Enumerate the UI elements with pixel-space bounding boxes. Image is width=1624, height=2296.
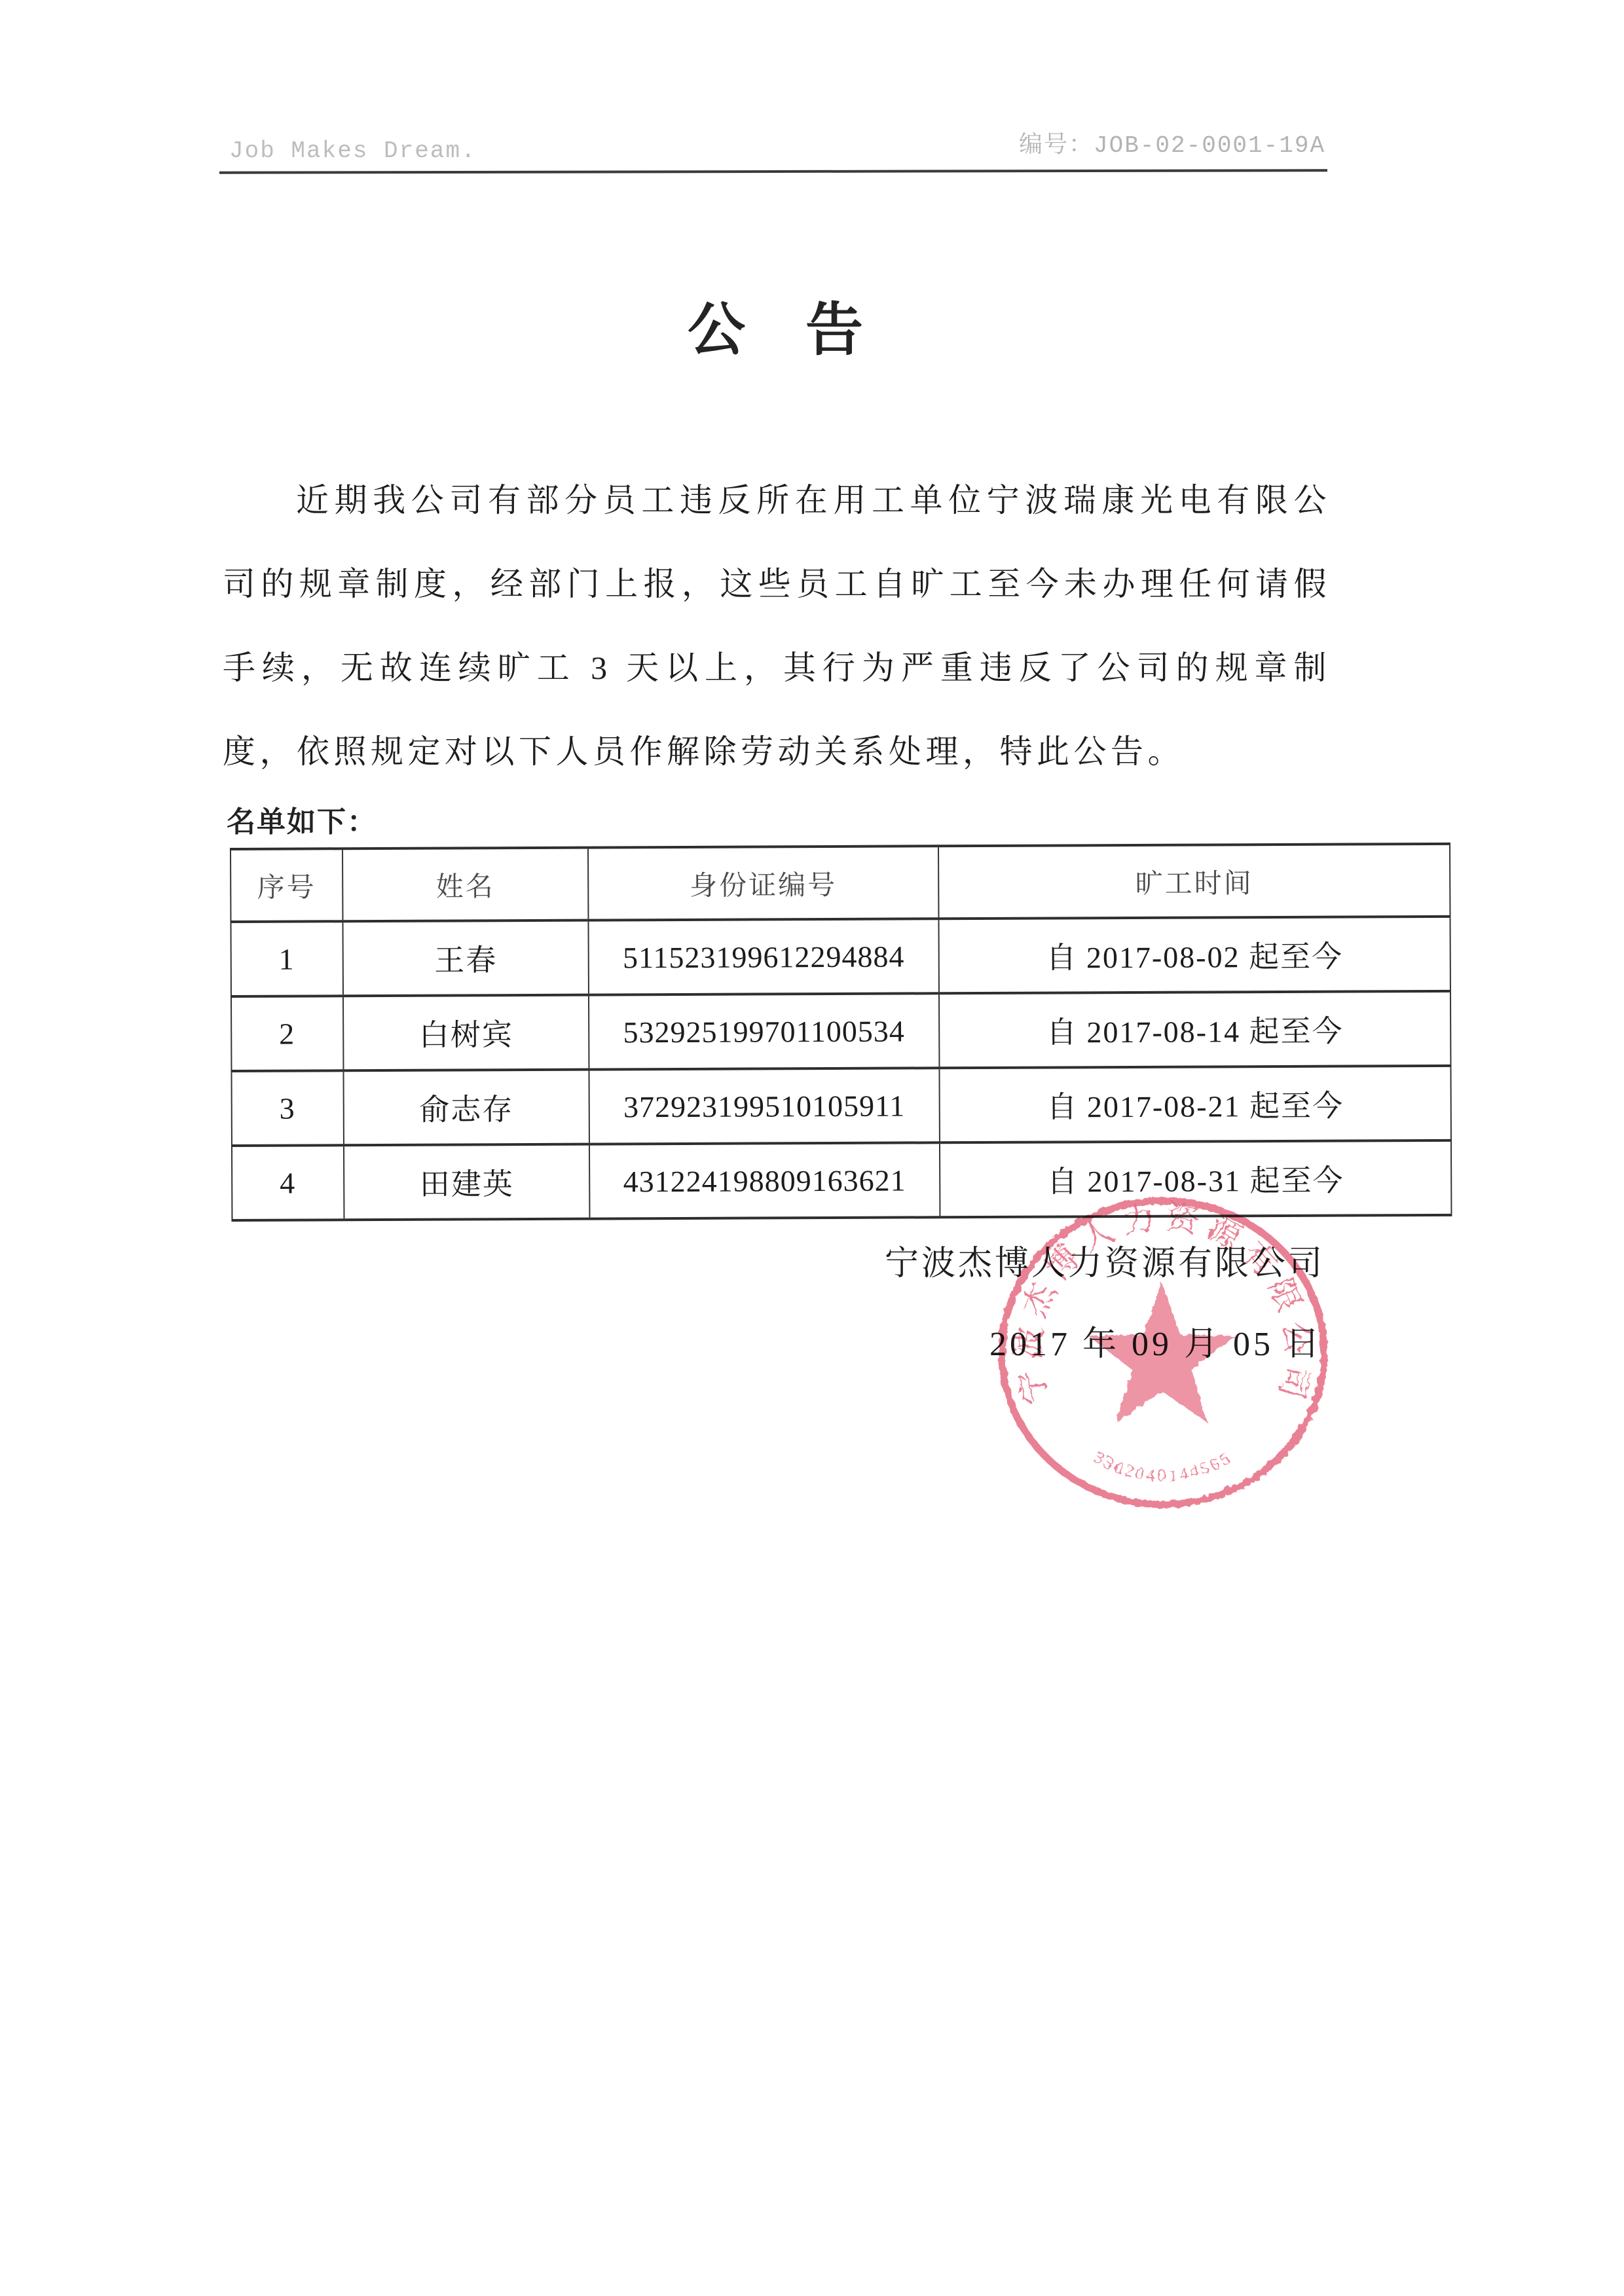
cell-period: 自 2017-08-14 起至今 bbox=[939, 991, 1450, 1068]
column-header-id: 身份证编号 bbox=[588, 846, 938, 920]
seal-serial-number: 3302040144565 bbox=[1090, 1447, 1236, 1485]
table-row: 3 俞志存 372923199510105911 自 2017-08-21 起至… bbox=[231, 1066, 1450, 1146]
announcement-body: 近期我公司有部分员工违反所在用工单位宁波瑞康光电有限公司的规章制度，经部门上报，… bbox=[223, 458, 1331, 793]
cell-name: 田建英 bbox=[344, 1144, 589, 1220]
cell-period: 自 2017-08-21 起至今 bbox=[939, 1066, 1450, 1142]
cell-name: 王春 bbox=[342, 920, 588, 996]
column-header-name: 姓名 bbox=[342, 848, 588, 922]
header-document-number: 编号：JOB-02-0001-19A bbox=[1019, 132, 1325, 160]
cell-index: 2 bbox=[231, 996, 343, 1071]
cell-index: 1 bbox=[231, 921, 342, 996]
cell-id: 532925199701100534 bbox=[589, 993, 939, 1069]
company-seal: 宁波杰博人力资源有限公司 3302040144565 bbox=[980, 1192, 1346, 1539]
seal-star bbox=[1088, 1283, 1235, 1423]
table-header-row: 序号 姓名 身份证编号 旷工时间 bbox=[231, 844, 1450, 922]
cell-id: 431224198809163621 bbox=[589, 1142, 940, 1218]
roster-table-container: 序号 姓名 身份证编号 旷工时间 1 王春 511523199612294884… bbox=[230, 843, 1452, 1222]
cell-id: 372923199510105911 bbox=[589, 1068, 939, 1144]
cell-index: 3 bbox=[231, 1070, 343, 1146]
announcement-document: Job Makes Dream. 编号：JOB-02-0001-19A 公 告 … bbox=[0, 0, 1624, 2296]
cell-id: 511523199612294884 bbox=[588, 919, 938, 994]
list-label: 名单如下： bbox=[227, 805, 377, 839]
table-row: 2 白树宾 532925199701100534 自 2017-08-14 起至… bbox=[231, 991, 1450, 1071]
cell-name: 俞志存 bbox=[343, 1070, 589, 1146]
header-divider bbox=[219, 169, 1327, 174]
column-header-period: 旷工时间 bbox=[938, 844, 1450, 919]
header-slogan: Job Makes Dream. bbox=[229, 137, 477, 165]
table-row: 1 王春 511523199612294884 自 2017-08-02 起至今 bbox=[231, 917, 1450, 996]
cell-name: 白树宾 bbox=[343, 995, 589, 1071]
page-title: 公 告 bbox=[223, 301, 1329, 361]
cell-index: 4 bbox=[232, 1145, 344, 1220]
seal-serial-container: 3302040144565 bbox=[1090, 1447, 1236, 1485]
cell-period: 自 2017-08-02 起至今 bbox=[938, 917, 1450, 993]
column-header-index: 序号 bbox=[231, 848, 342, 922]
roster-table: 序号 姓名 身份证编号 旷工时间 1 王春 511523199612294884… bbox=[230, 843, 1452, 1222]
